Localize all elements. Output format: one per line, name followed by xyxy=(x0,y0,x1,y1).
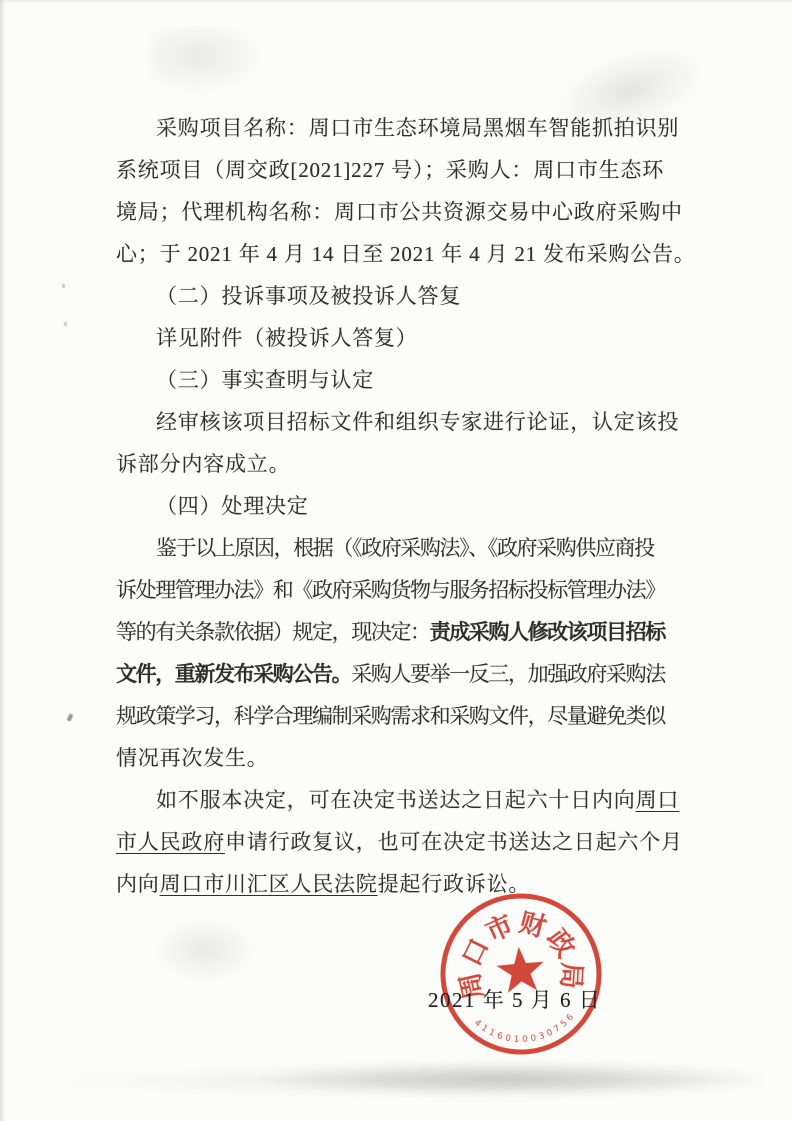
text-run: 系统项目（周交政[2021]227 号）；采购人：周口市生态环 xyxy=(116,158,664,182)
text-run: 等的有关条款依据）规定，现决定： xyxy=(116,620,430,644)
doc-line: 诉处理管理办法》和《政府采购货物与服务招标投标管理办法》 xyxy=(116,569,736,611)
text-run-underlined: 周口 xyxy=(636,788,680,812)
text-run: 详见附件（被投诉人答复） xyxy=(156,326,418,350)
doc-line: 心；于 2021 年 4 月 14 日至 2021 年 4 月 21 发布采购公… xyxy=(116,233,736,275)
doc-line: 经审核该项目招标文件和组织专家进行论证，认定该投 xyxy=(116,401,736,443)
doc-line: 文件，重新发布采购公告。采购人要举一反三，加强政府采购法 xyxy=(116,653,736,695)
official-seal-stamp: 周口市财政局 4116010030756 xyxy=(431,884,611,1064)
text-run: 内向 xyxy=(116,872,160,896)
scanned-document-page: { "document": { "lines": [ {"indent": tr… xyxy=(0,0,792,1121)
doc-line: 等的有关条款依据）规定，现决定：责成采购人修改该项目招标 xyxy=(116,611,736,653)
doc-line: 内向周口市川汇区人民法院提起行政诉讼。 xyxy=(116,863,736,905)
text-run: （三）事实查明与认定 xyxy=(156,368,374,392)
text-run-bold: 责成采购人修改该项目招标 xyxy=(430,621,665,644)
text-run: 心；于 2021 年 4 月 14 日至 2021 年 4 月 21 发布采购公… xyxy=(116,242,696,266)
text-run: 采购人要举一反三，加强政府采购法 xyxy=(351,662,665,686)
text-run: 情况再次发生。 xyxy=(116,746,269,770)
scan-speck xyxy=(67,713,74,721)
scan-smudge xyxy=(150,28,270,98)
text-run-underlined: 周口市川汇区人民法院 xyxy=(160,872,378,896)
doc-line: 情况再次发生。 xyxy=(116,737,736,779)
text-run-underlined: 市人民政府 xyxy=(116,830,225,854)
doc-line: （三）事实查明与认定 xyxy=(116,359,736,401)
doc-line: （二）投诉事项及被投诉人答复 xyxy=(116,275,736,317)
doc-line: 境局；代理机构名称：周口市公共资源交易中心政府采购中 xyxy=(116,191,736,233)
text-run: 申请行政复议，也可在决定书送达之日起六个月 xyxy=(225,830,683,854)
doc-line: 规政策学习，科学合理编制采购需求和采购文件，尽量避免类似 xyxy=(116,695,736,737)
text-run: 诉部分内容成立。 xyxy=(116,452,290,476)
text-run: （二）投诉事项及被投诉人答复 xyxy=(156,284,461,308)
doc-line: 市人民政府申请行政复议，也可在决定书送达之日起六个月 xyxy=(116,821,736,863)
text-run: 诉处理管理办法》和《政府采购货物与服务招标投标管理办法》 xyxy=(116,578,665,602)
text-run: 如不服本决定，可在决定书送达之日起六十日内向 xyxy=(156,788,636,812)
text-run: 采购项目名称：周口市生态环境局黑烟车智能抓拍识别 xyxy=(156,116,679,140)
scan-speck xyxy=(62,284,65,288)
doc-line: （四）处理决定 xyxy=(116,485,736,527)
document-body-text: 采购项目名称：周口市生态环境局黑烟车智能抓拍识别 系统项目（周交政[2021]2… xyxy=(116,107,736,905)
doc-line: 采购项目名称：周口市生态环境局黑烟车智能抓拍识别 xyxy=(116,107,736,149)
scan-edge-shadow-left xyxy=(0,0,5,1121)
text-run: 经审核该项目招标文件和组织专家进行论证，认定该投 xyxy=(156,410,679,434)
text-run: 境局；代理机构名称：周口市公共资源交易中心政府采购中 xyxy=(116,200,683,224)
doc-line: 系统项目（周交政[2021]227 号）；采购人：周口市生态环 xyxy=(116,149,736,191)
scan-smudge xyxy=(150,915,260,985)
scan-speck xyxy=(64,322,67,326)
scan-smudge-bottom-band xyxy=(40,1068,760,1094)
doc-line: 鉴于以上原因，根据（《政府采购法》、《政府采购供应商投 xyxy=(116,527,736,569)
scan-smudge-bottom-band xyxy=(250,1062,770,1096)
doc-line: 详见附件（被投诉人答复） xyxy=(116,317,736,359)
scan-edge-shadow-top xyxy=(0,0,792,4)
text-run: 规政策学习，科学合理编制采购需求和采购文件，尽量避免类似 xyxy=(116,704,665,728)
text-run-bold: 文件，重新发布采购公告。 xyxy=(116,663,351,686)
doc-line: 如不服本决定，可在决定书送达之日起六十日内向周口 xyxy=(116,779,736,821)
text-run: （四）处理决定 xyxy=(156,494,309,518)
issue-date: 2021 年 5 月 6 日 xyxy=(428,984,601,1014)
text-run: 鉴于以上原因，根据（《政府采购法》、《政府采购供应商投 xyxy=(156,536,654,560)
doc-line: 诉部分内容成立。 xyxy=(116,443,736,485)
